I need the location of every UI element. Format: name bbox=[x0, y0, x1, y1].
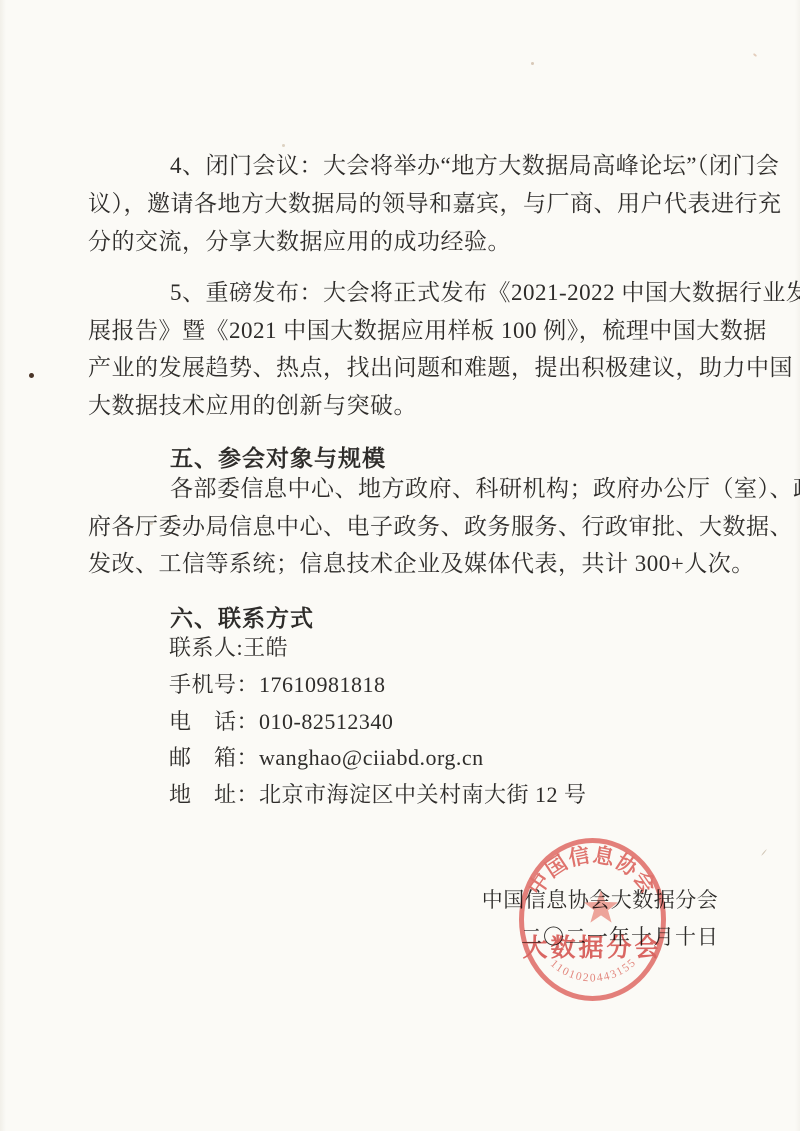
body-line: 5、重磅发布：大会将正式发布《2021-2022 中国大数据行业发 bbox=[88, 274, 712, 312]
section-heading-contact: 六、联系方式 bbox=[170, 600, 314, 633]
contact-phone-row: 电 话：010-82512340 bbox=[169, 704, 587, 741]
paragraph-major-release: 5、重磅发布：大会将正式发布《2021-2022 中国大数据行业发 展报告》暨《… bbox=[88, 274, 712, 424]
scan-speck bbox=[29, 373, 34, 378]
contact-label: 联系人: bbox=[169, 630, 243, 667]
contact-value: wanghao@ciiabd.org.cn bbox=[259, 740, 484, 777]
body-line: 产业的发展趋势、热点，找出问题和难题，提出积极建议，助力中国 bbox=[88, 349, 712, 387]
scan-speck bbox=[761, 849, 767, 856]
paragraph-closed-door-meeting: 4、闭门会议：大会将举办“地方大数据局高峰论坛”（闭门会 议），邀请各地方大数据… bbox=[88, 147, 712, 261]
svg-text:中国信息协会: 中国信息协会 bbox=[523, 843, 661, 900]
scan-speck bbox=[531, 62, 534, 65]
seal-band-text: 大数据分会 bbox=[522, 933, 662, 962]
section-heading-participants: 五、参会对象与规模 bbox=[170, 440, 386, 473]
paragraph-participants-scale: 各部委信息中心、地方政府、科研机构；政府办公厅（室）、政 府各厅委办局信息中心、… bbox=[88, 470, 712, 583]
body-line: 大数据技术应用的创新与突破。 bbox=[88, 387, 712, 425]
contact-value: 17610981818 bbox=[259, 667, 386, 704]
contact-email-row: 邮 箱：wanghao@ciiabd.org.cn bbox=[169, 740, 587, 777]
contact-label: 电 话： bbox=[169, 704, 259, 741]
contact-label: 地 址： bbox=[169, 777, 259, 814]
official-seal: 中国信息协会 大数据分会 1101020443155 bbox=[509, 832, 676, 1006]
scan-speck bbox=[753, 53, 757, 57]
body-line: 议），邀请各地方大数据局的领导和嘉宾，与厂商、用户代表进行充 bbox=[88, 185, 712, 223]
body-line: 分的交流，分享大数据应用的成功经验。 bbox=[88, 223, 712, 261]
contact-label: 邮 箱： bbox=[169, 740, 259, 777]
contact-value: 北京市海淀区中关村南大街 12 号 bbox=[259, 777, 587, 814]
contact-value: 王皓 bbox=[243, 630, 288, 667]
body-line: 4、闭门会议：大会将举办“地方大数据局高峰论坛”（闭门会 bbox=[88, 147, 712, 185]
body-line: 展报告》暨《2021 中国大数据应用样板 100 例》，梳理中国大数据 bbox=[88, 312, 712, 350]
contact-info-block: 联系人:王皓 手机号：17610981818 电 话：010-82512340 … bbox=[169, 630, 587, 814]
contact-mobile-row: 手机号：17610981818 bbox=[169, 667, 587, 704]
contact-person-row: 联系人:王皓 bbox=[169, 630, 587, 667]
contact-value: 010-82512340 bbox=[259, 704, 393, 741]
seal-arc-text: 中国信息协会 bbox=[523, 843, 661, 900]
body-line: 府各厅委办局信息中心、电子政务、政务服务、行政审批、大数据、 bbox=[88, 508, 712, 546]
contact-address-row: 地 址：北京市海淀区中关村南大街 12 号 bbox=[169, 777, 587, 814]
seal-star-icon bbox=[584, 890, 618, 923]
body-line: 发改、工信等系统；信息技术企业及媒体代表，共计 300+人次。 bbox=[88, 545, 712, 583]
contact-label: 手机号： bbox=[169, 667, 259, 704]
body-line: 各部委信息中心、地方政府、科研机构；政府办公厅（室）、政 bbox=[88, 470, 712, 508]
